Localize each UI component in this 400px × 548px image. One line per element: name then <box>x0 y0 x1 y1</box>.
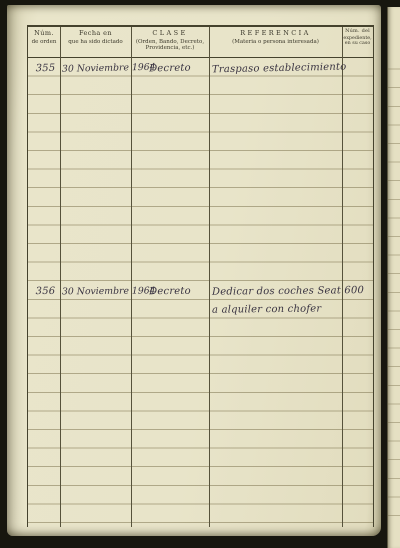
header-num-title: Núm. <box>28 30 60 38</box>
entry-356-reference-line2: a alquiler con chofer <box>212 300 344 319</box>
column-divider <box>60 27 61 527</box>
registry-table: Núm. de orden Fecha en que ha sido dicta… <box>27 25 374 527</box>
column-divider <box>209 27 210 527</box>
column-divider <box>342 27 343 527</box>
header-clase-title: CLASE <box>131 30 209 38</box>
next-page-ruled-lines <box>388 51 400 523</box>
header-num-subtitle: de orden <box>28 39 60 45</box>
entry-356-num: 356 <box>31 283 60 301</box>
entry-356-date: 30 Noviembre 1964 <box>62 283 131 302</box>
scanned-ledger-photo: { "document": { "kind": "municipal decre… <box>0 0 400 548</box>
header-cell-num: Núm. de orden <box>28 27 60 57</box>
header-clase-subtitle: (Orden, Bando, Decreto, Providencia, etc… <box>131 39 209 52</box>
header-expediente-title: Núm. del <box>342 29 373 35</box>
header-cell-expediente: Núm. del expediente, en su caso <box>342 27 373 57</box>
ledger-page: Núm. de orden Fecha en que ha sido dicta… <box>7 5 381 536</box>
entry-356-class: Decreto <box>132 283 208 302</box>
header-referencia-title: REFERENCIA <box>209 30 342 38</box>
header-cell-referencia: REFERENCIA (Materia o persona interesada… <box>209 27 342 57</box>
table-header: Núm. de orden Fecha en que ha sido dicta… <box>28 27 373 58</box>
entry-355-class: Decreto <box>132 59 208 79</box>
entry-355-num: 355 <box>31 60 60 79</box>
entry-355-date: 30 Noviembre 1964 <box>62 59 131 78</box>
header-cell-fecha: Fecha en que ha sido dictado <box>60 27 131 57</box>
entry-356-reference-line1: Dedicar dos coches Seat 600 <box>212 282 344 301</box>
header-referencia-subtitle: (Materia o persona interesada) <box>209 39 342 45</box>
header-cell-clase: CLASE (Orden, Bando, Decreto, Providenci… <box>131 27 209 57</box>
column-divider <box>131 27 132 527</box>
header-fecha-title: Fecha en <box>60 30 131 38</box>
entry-355-reference: Traspaso establecimiento <box>212 59 344 80</box>
header-fecha-subtitle: que ha sido dictado <box>60 39 131 45</box>
header-expediente-subtitle: expediente, en su caso <box>342 36 373 47</box>
next-page-edge <box>387 7 400 548</box>
